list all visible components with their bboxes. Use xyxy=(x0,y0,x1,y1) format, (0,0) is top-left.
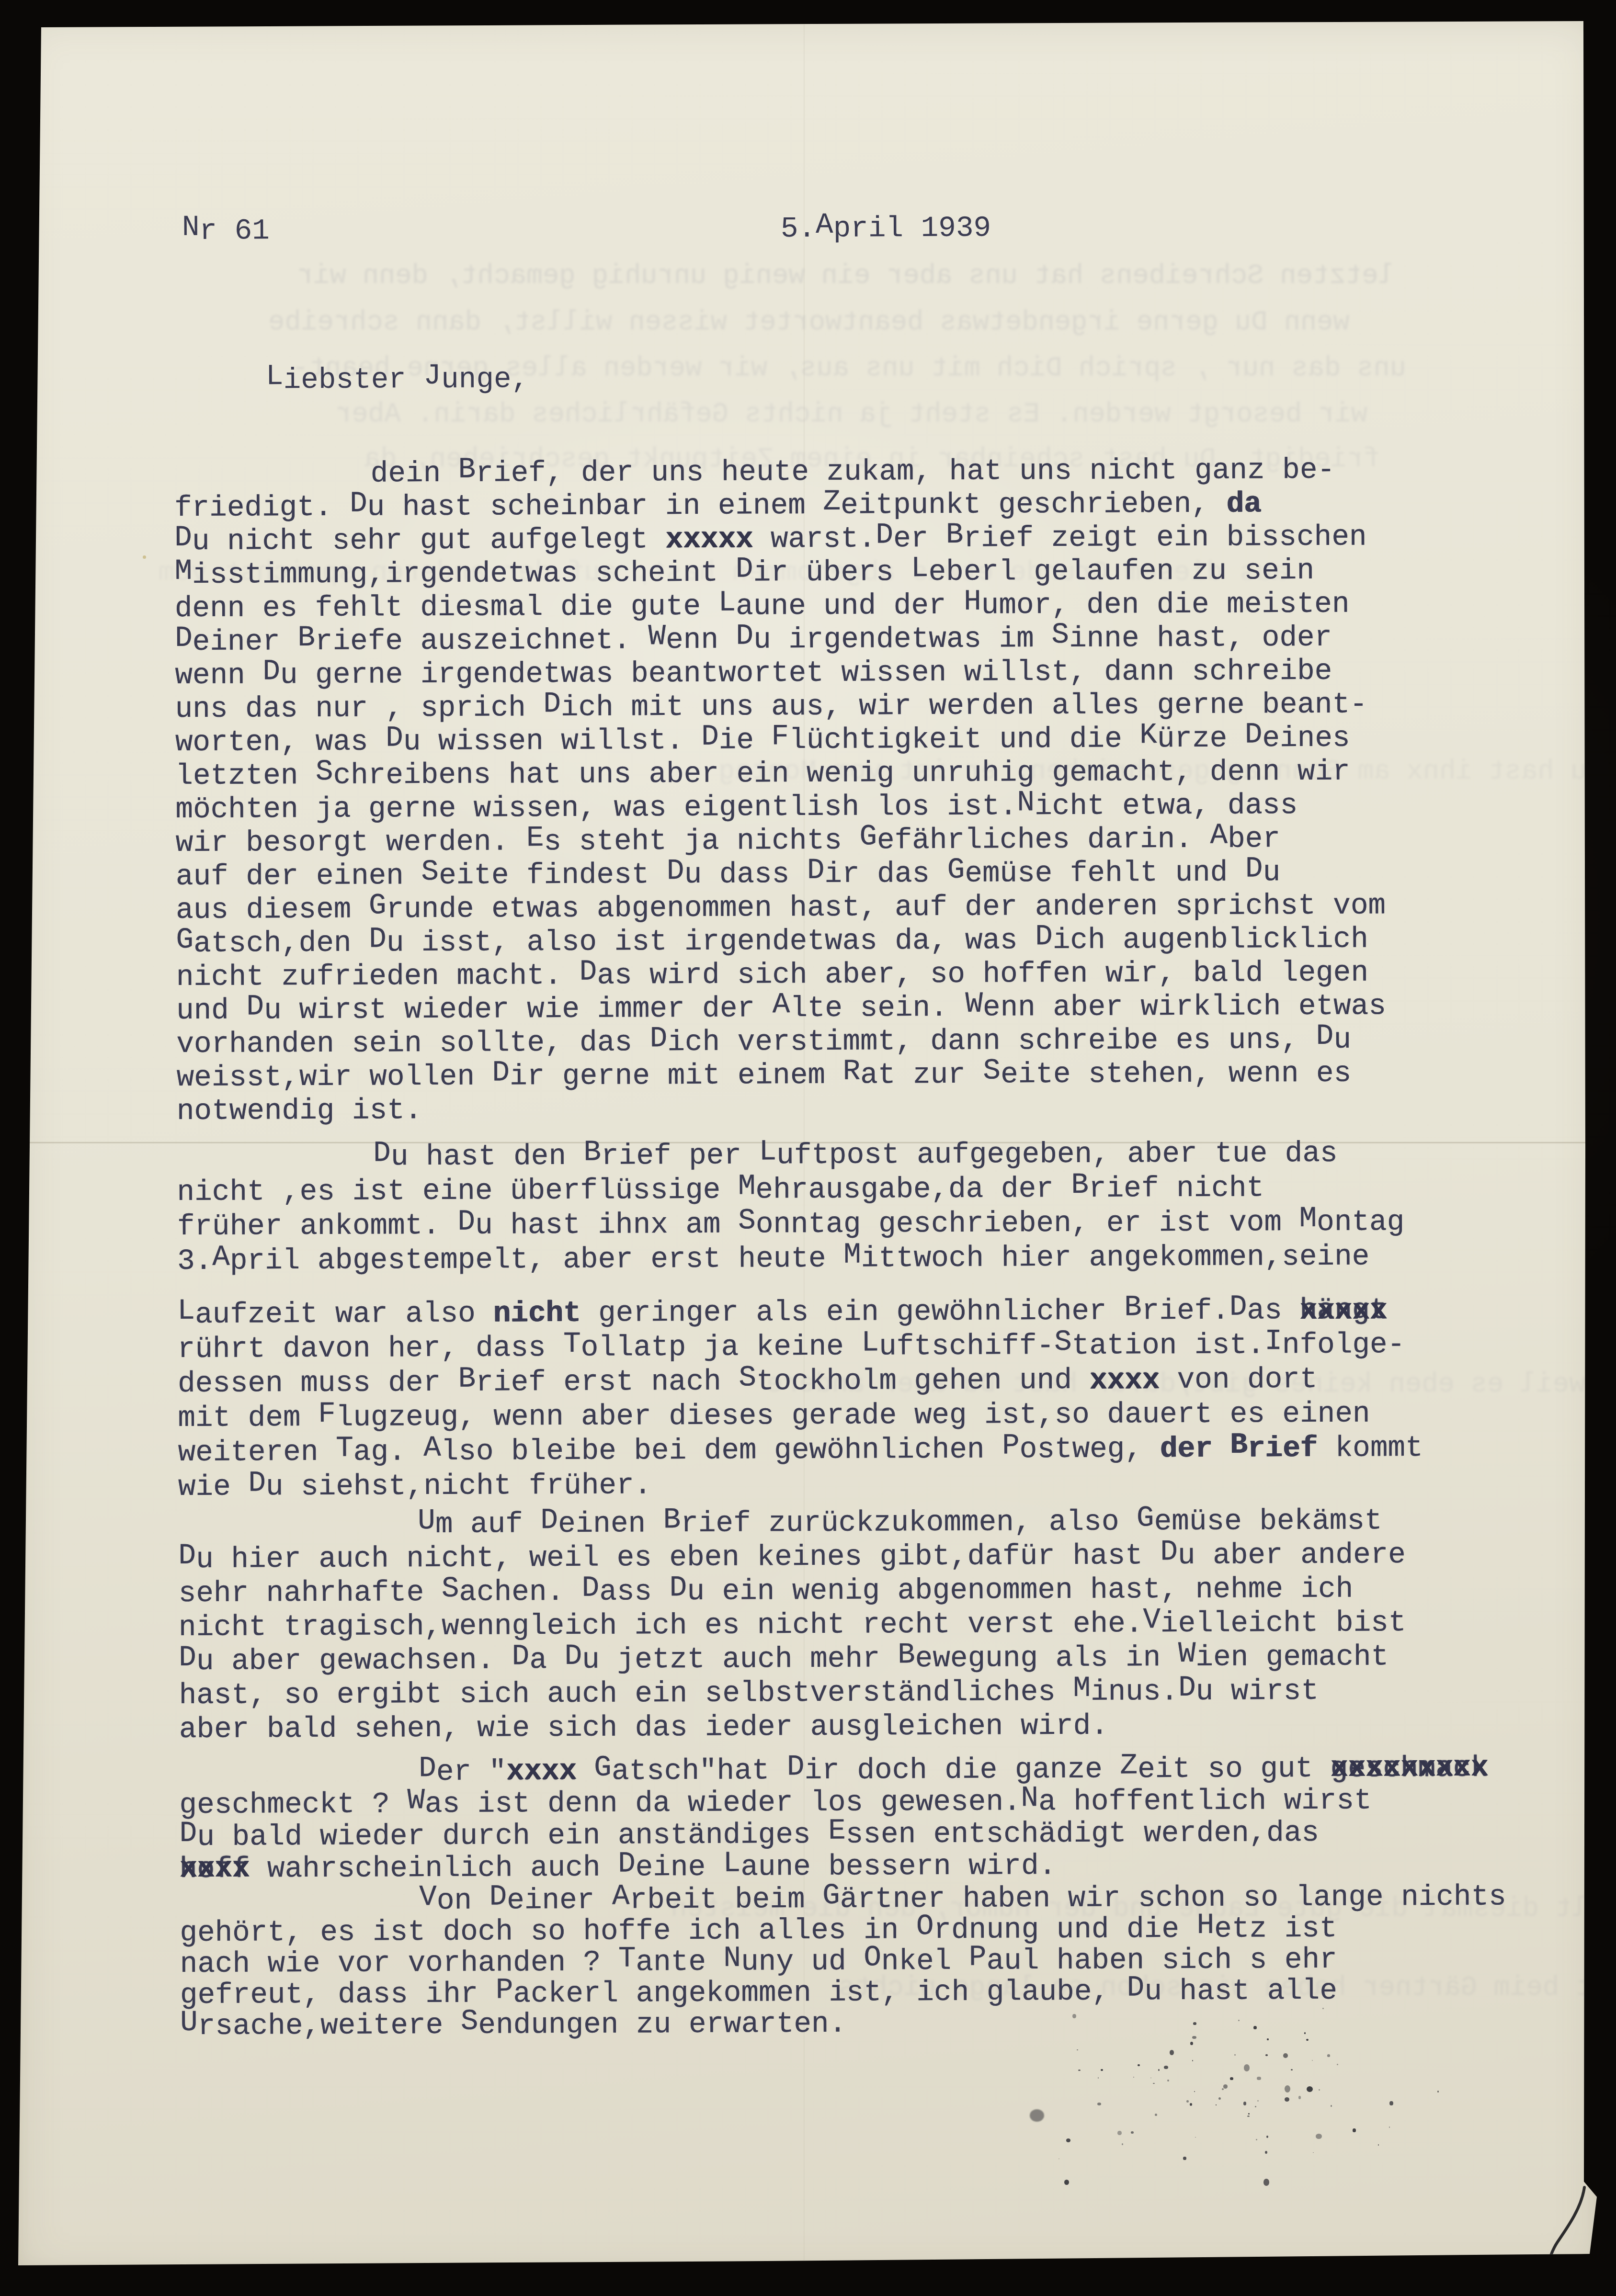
ink-speck xyxy=(1265,2151,1267,2154)
ink-speck xyxy=(1283,2053,1288,2058)
letter-line: wie Du siehst,nicht früher. xyxy=(178,1465,1605,1505)
letter-line: denn es fehlt diesmal die gute Laune und… xyxy=(175,587,1602,626)
letter-line: Misstimmung,irgendetwas scheint Dir über… xyxy=(174,554,1602,592)
letter-line: Ursache,weitere Sendungen zu erwarten. xyxy=(180,2006,1607,2042)
letter-line: früher ankommt. Du hast ihnx am Sonntag … xyxy=(177,1205,1605,1244)
letter-line: Du nicht sehr gut aufgelegt xxxxx warst.… xyxy=(174,520,1602,559)
ink-speck xyxy=(1155,2114,1157,2116)
letter-line: wir besorgt werden. Es steht ja nichts G… xyxy=(176,822,1603,860)
paragraph: Du hast den Brief per Luftpost aufgegebe… xyxy=(177,1136,1605,1505)
ink-speck xyxy=(1192,2060,1193,2061)
ink-blob xyxy=(1030,2109,1044,2122)
bleedthrough-text: wir besorgt werden. Es steht ja nichts G… xyxy=(335,399,1367,430)
ink-speck xyxy=(1150,2078,1151,2079)
ink-speck xyxy=(1098,2077,1099,2079)
letter-line: dessen muss der Brief erst nach Stockhol… xyxy=(178,1362,1605,1402)
ink-speck xyxy=(1291,2069,1293,2070)
letter-line: Der "xxxx Gatsch"hat Dir doch die ganze … xyxy=(179,1752,1606,1789)
letter-line: uns das nur , sprich Dich mit uns aus, w… xyxy=(175,688,1603,726)
ink-speck xyxy=(1167,2080,1169,2081)
letter-line: nicht zufrieden macht. Das wird sich abe… xyxy=(176,956,1604,995)
ink-speck xyxy=(1389,2126,1390,2128)
ink-speck xyxy=(1097,2103,1101,2105)
letter-line: sehr nahrhafte Sachen. Dass Du ein wenig… xyxy=(179,1572,1606,1611)
ink-speck xyxy=(1153,2083,1154,2084)
letter-line: Du aber gewachsen. Da Du jetzt auch mehr… xyxy=(179,1640,1606,1679)
ink-speck xyxy=(1223,2084,1228,2089)
ink-speck xyxy=(1158,2069,1160,2070)
ink-speck xyxy=(1389,2101,1393,2105)
letter-line: notwendig ist. xyxy=(177,1090,1604,1129)
ink-speck xyxy=(1378,2144,1379,2146)
ink-speck xyxy=(1285,2097,1289,2102)
letter-line: nach wie vor vorhanden ? Tante Nuny ud O… xyxy=(180,1944,1607,1980)
ink-speck xyxy=(1190,2042,1193,2045)
letter-line: auf der einen Seite findest Du dass Dir … xyxy=(176,855,1603,894)
ink-speck xyxy=(1230,2077,1233,2080)
bleedthrough-text: wenn Du gerne irgendetwas beantwortet wi… xyxy=(268,307,1350,338)
ink-speck xyxy=(1138,2064,1139,2066)
letter-line: geschmeckt ? Was ist denn da wieder los … xyxy=(179,1784,1606,1821)
letter-line: weiteren Tag. Also bleibe bei dem gewöhn… xyxy=(178,1431,1605,1470)
ink-speck xyxy=(1298,2096,1301,2099)
ink-speck xyxy=(1327,2054,1330,2057)
letter-line: rührt davon her, dass Tollatp ja keine L… xyxy=(178,1327,1605,1367)
letter-paper: letzten Schreibens hat uns aber ein weni… xyxy=(0,0,1616,2296)
letter-line: wenn Du gerne irgendetwas beantwortet wi… xyxy=(175,654,1602,693)
ink-speck xyxy=(1122,2143,1123,2145)
salutation: Liebster Junge, xyxy=(266,363,529,397)
ink-speck xyxy=(1072,2014,1076,2018)
ink-speck xyxy=(1164,2066,1168,2069)
letter-line: Laufzeit war also nicht geringer als ein… xyxy=(177,1293,1605,1333)
ink-speck xyxy=(1101,2069,1103,2071)
paper-stain xyxy=(143,555,146,559)
letter-line: gefreut, dass ihr Packerl angekommen ist… xyxy=(180,1975,1607,2011)
letter-line: Du hast den Brief per Luftpost aufgegebe… xyxy=(177,1136,1604,1176)
letter-body: dein Brief, der uns heute zukam, hat uns… xyxy=(174,453,1608,2042)
letter-line: und Du wirst wieder wie immer der Alte s… xyxy=(176,989,1604,1028)
ink-speck xyxy=(1263,2179,1269,2185)
letter-line: nicht tragisch,wenngleich ich es nicht r… xyxy=(179,1606,1606,1645)
ink-speck xyxy=(1078,2070,1080,2071)
ink-speck xyxy=(1131,2131,1134,2134)
ink-speck xyxy=(1337,2064,1338,2065)
paragraph: Um auf Deinen Brief zurückzukommen, also… xyxy=(178,1504,1606,1747)
ink-speck xyxy=(1058,2159,1059,2159)
ink-speck xyxy=(1077,2049,1078,2050)
ink-speck xyxy=(1192,2036,1196,2039)
letter-line: weisst,wir wollen Dir gerne mit einem Ra… xyxy=(177,1056,1604,1095)
ink-speck xyxy=(1238,2020,1240,2021)
letter-line: Deiner Briefe auszeichnet. Wenn Du irgen… xyxy=(175,621,1602,659)
ink-speck xyxy=(1117,2131,1122,2135)
ink-speck xyxy=(1247,2115,1250,2117)
scan-background: letzten Schreibens hat uns aber ein weni… xyxy=(0,0,1616,2296)
paragraph: dein Brief, der uns heute zukam, hat uns… xyxy=(174,453,1604,1129)
letter-line: dein Brief, der uns heute zukam, hat uns… xyxy=(174,453,1602,492)
ink-speck xyxy=(1248,2113,1250,2115)
letter-line: Von Deiner Arbeit beim Gärtner haben wir… xyxy=(180,1881,1607,1918)
ink-speck xyxy=(1066,2138,1070,2142)
ink-speck xyxy=(1437,2091,1439,2092)
ink-speck xyxy=(1222,2088,1224,2090)
letter-number: Nr 61 xyxy=(182,215,270,248)
bleedthrough-text: letzten Schreibens hat uns aber ein weni… xyxy=(297,261,1395,292)
letter-line: worten, was Du wissen willst. Die Flücht… xyxy=(175,721,1603,760)
letter-line: Um auf Deinen Brief zurückzukommen, also… xyxy=(178,1504,1605,1543)
letter-line: aus diesem Grunde etwas abgenommen hast,… xyxy=(176,889,1603,927)
ink-speck xyxy=(1267,2038,1269,2040)
ink-speck xyxy=(1319,2089,1320,2091)
pen-stroke-mark xyxy=(1528,2174,1616,2284)
paragraph: Von Deiner Arbeit beim Gärtner haben wir… xyxy=(180,1881,1607,2042)
letter-line: mit dem Flugzeug, wenn aber dieses gerad… xyxy=(178,1396,1605,1436)
ink-speck xyxy=(1195,2137,1196,2138)
ink-speck xyxy=(1183,2157,1186,2160)
paragraph: Der "xxxx Gatsch"hat Dir doch die ganze … xyxy=(179,1752,1607,1886)
ink-speck xyxy=(1353,2128,1356,2132)
ink-speck xyxy=(1316,2134,1322,2139)
ink-speck xyxy=(1244,2064,1250,2071)
ink-speck xyxy=(1194,2091,1195,2092)
letter-line: gehört, es ist doch so hoffe ich alles i… xyxy=(180,1912,1607,1949)
letter-line: 3.April abgestempelt, aber erst heute Mi… xyxy=(177,1239,1605,1279)
letter-text-layer: Nr 61 5.April 1939 Liebster Junge, dein … xyxy=(0,0,1616,3)
ink-speck xyxy=(1266,2136,1268,2138)
letter-line: hoff wahrscheinlich auch Deine Laune bes… xyxy=(180,1848,1607,1886)
ink-speck xyxy=(1218,2097,1221,2100)
ink-speck xyxy=(1253,2026,1257,2030)
letter-line: Du bald wieder durch ein anständiges Ess… xyxy=(180,1816,1607,1854)
ink-speck xyxy=(1216,2104,1217,2106)
letter-line: vorhanden sein sollte, das Dich verstimm… xyxy=(176,1023,1604,1062)
letter-line: Du hier auch nicht, weil es eben keines … xyxy=(178,1538,1605,1577)
ink-speck xyxy=(1255,2106,1256,2107)
ink-speck xyxy=(1243,2102,1246,2105)
letter-line: Gatsch,den Du isst, also ist irgendetwas… xyxy=(176,922,1603,961)
ink-speck xyxy=(1256,2139,1257,2140)
letter-line: hast, so ergibt sich auch ein selbstvers… xyxy=(179,1674,1606,1713)
ink-speck xyxy=(1234,2054,1236,2056)
ink-speck xyxy=(1186,2100,1189,2103)
ink-speck xyxy=(1306,2039,1309,2041)
ink-speck xyxy=(1190,2103,1192,2105)
letter-line: möchten ja gerne wissen, was eigentlish … xyxy=(175,788,1603,827)
ink-speck xyxy=(1257,2100,1259,2102)
letter-line: letzten Schreibens hat uns aber ein weni… xyxy=(175,755,1603,793)
ink-speck xyxy=(1307,2086,1313,2092)
ink-speck xyxy=(1265,2054,1268,2056)
ink-speck xyxy=(1331,2105,1332,2107)
ink-speck xyxy=(1064,2180,1069,2185)
letter-line: nicht ,es ist eine überflüssige Mehrausg… xyxy=(177,1170,1604,1210)
ink-speck xyxy=(1313,2152,1314,2153)
ink-speck xyxy=(1133,2077,1134,2078)
ink-speck xyxy=(1285,2085,1290,2092)
letter-date: 5.April 1939 xyxy=(781,212,991,246)
ink-speck xyxy=(1257,2077,1261,2080)
ink-speck xyxy=(1170,2050,1174,2055)
letter-line: aber bald sehen, wie sich das ieder ausg… xyxy=(179,1708,1606,1747)
ink-speck xyxy=(1312,2060,1313,2061)
